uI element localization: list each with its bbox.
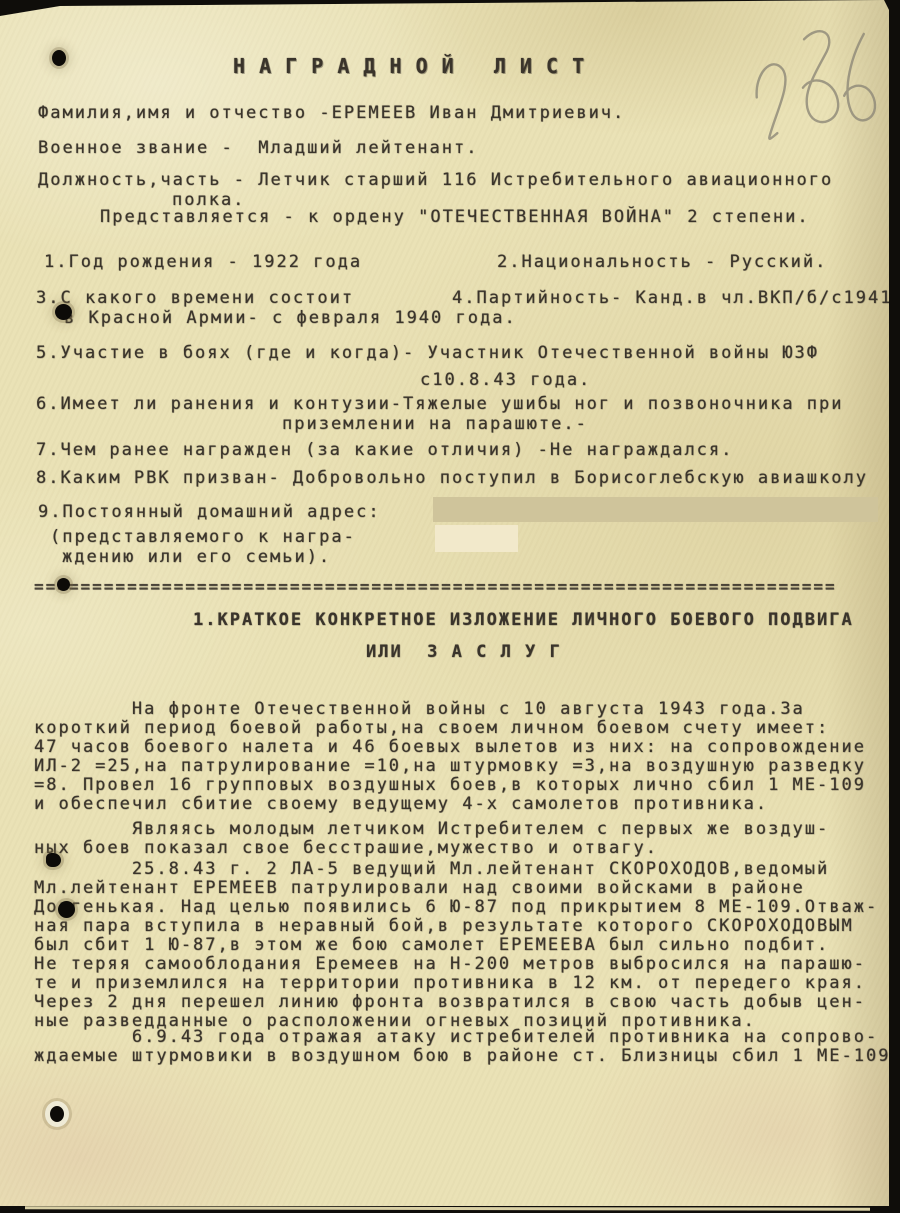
item-nationality: 2.Национальность - Русский. <box>497 252 827 272</box>
typed-separator-line: ========================================… <box>34 577 837 597</box>
section-heading-line1: 1.КРАТКОЕ КОНКРЕТНОЕ ИЗЛОЖЕНИЕ ЛИЧНОГО Б… <box>193 610 854 630</box>
body-paragraph-4: 6.9.43 года отражая атаку истребителей п… <box>34 1028 890 1066</box>
punch-hole <box>55 304 72 320</box>
punch-hole <box>52 50 66 66</box>
item-home-address: 9.Постоянный домашний адрес: <box>38 502 381 522</box>
item-previous-awards: 7.Чем ранее награжден (за какие отличия)… <box>36 440 733 460</box>
field-military-rank: Военное звание - Младший лейтенант. <box>38 138 478 158</box>
redacted-address-bar <box>433 497 878 522</box>
body-paragraph-3: 25.8.43 г. 2 ЛА-5 ведущий Мл.лейтенант С… <box>34 860 878 1031</box>
item-wounds-cont: приземлении на парашюте.- <box>282 414 588 434</box>
section-heading-line2: ИЛИ З А С Л У Г <box>366 642 562 662</box>
scan-paper-edge <box>25 1206 870 1210</box>
item-party-membership: 4.Партийность- Канд.в чл.ВКП/б/с1941г <box>452 288 900 308</box>
item-army-service-since-cont: в Красной Армии- с февраля 1940 года. <box>64 308 517 328</box>
document-title: Н А Г Р А Д Н О Й Л И С Т <box>233 56 585 76</box>
handwritten-page-number <box>734 11 899 163</box>
field-full-name: Фамилия,имя и отчество -ЕРЕМЕЕВ Иван Дми… <box>38 103 625 123</box>
punch-hole <box>50 1106 64 1122</box>
item-home-address-note1: (представляемого к награ- <box>50 527 356 547</box>
redacted-address-patch <box>435 525 518 552</box>
punch-hole <box>46 853 61 867</box>
item-army-service-since: 3.С какого времени состоит <box>36 288 354 308</box>
field-position-unit: Должность,часть - Летчик старший 116 Ист… <box>38 170 833 190</box>
body-paragraph-2: Являясь молодым летчиком Истребителем с … <box>34 820 829 858</box>
punch-hole <box>57 578 70 591</box>
item-combat-participation: 5.Участие в боях (где и когда)- Участник… <box>36 343 819 363</box>
item-birth-year: 1.Год рождения - 1922 года <box>44 252 362 272</box>
body-paragraph-1: На фронте Отечественной войны с 10 авгус… <box>34 700 866 814</box>
scanned-document-sheet: Н А Г Р А Д Н О Й Л И С Т Фамилия,имя и … <box>0 0 889 1206</box>
item-wounds: 6.Имеет ли ранения и контузии-Тяжелые уш… <box>36 394 844 414</box>
item-home-address-note2: ждению или его семьи). <box>62 547 331 567</box>
item-combat-participation-cont: с10.8.43 года. <box>420 370 591 390</box>
punch-hole <box>58 901 75 918</box>
field-presented-award: Представляется - к ордену "ОТЕЧЕСТВЕННАЯ… <box>100 207 810 227</box>
item-drafted-by: 8.Каким РВК призван- Добровольно поступи… <box>36 468 868 488</box>
